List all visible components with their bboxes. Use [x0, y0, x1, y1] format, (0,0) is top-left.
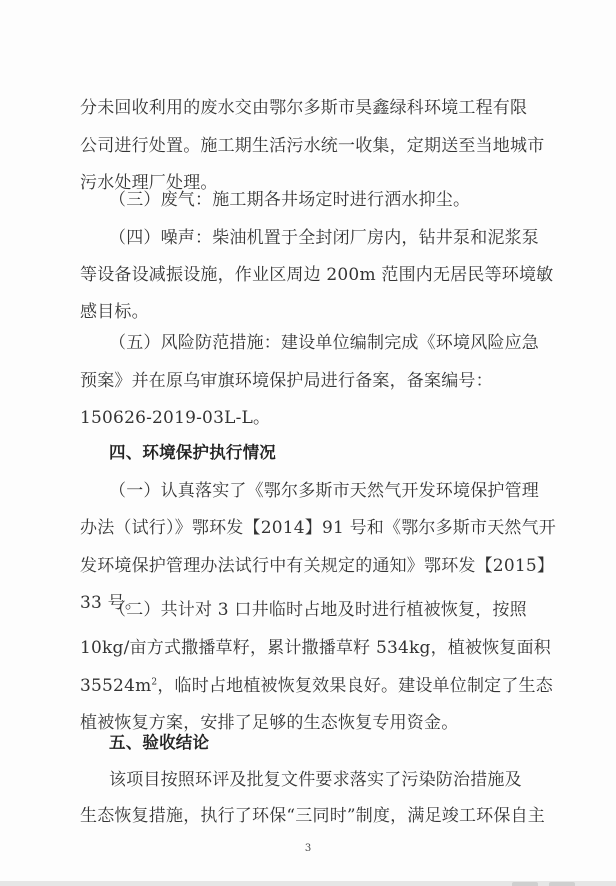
paragraph-line: 35524m2，临时占地植被恢复效果良好。建设单位制定了生态 — [80, 676, 553, 696]
paragraph-line: 预案》并在原乌审旗环境保护局进行备案，备案编号： — [80, 371, 493, 391]
paragraph-line: 150626-2019-03L-L。 — [80, 408, 270, 428]
paragraph-line: 等设备设减振设施，作业区周边 200m 范围内无居民等环境敏 — [80, 265, 553, 285]
section-heading: 四、环境保护执行情况 — [109, 443, 276, 463]
paragraph-line: （五）风险防范措施：建设单位编制完成《环境风险应急 — [109, 333, 539, 353]
paragraph-line: 公司进行处置。施工期生活污水统一收集，定期送至当地城市 — [80, 136, 544, 156]
paragraph-line: 分未回收利用的废水交由鄂尔多斯市昊鑫绿科环境工程有限 — [80, 98, 527, 118]
section-heading: 五、验收结论 — [109, 733, 209, 753]
paragraph-line: 该项目按照环评及批复文件要求落实了污染防治措施及 — [109, 770, 522, 790]
paragraph-line: （一）认真落实了《鄂尔多斯市天然气开发环境保护管理 — [109, 481, 539, 501]
toolbar-button[interactable] — [512, 882, 538, 886]
paragraph-line: 植被恢复方案，安排了足够的生态恢复专用资金。 — [80, 713, 458, 733]
page-number: 3 — [0, 843, 616, 854]
paragraph-line: 感目标。 — [80, 302, 149, 322]
paragraph-line: （四）噪声：柴油机置于全封闭厂房内，钻井泵和泥浆泵 — [109, 228, 539, 248]
paragraph-line: （二）共计对 3 口井临时占地及时进行植被恢复，按照 — [109, 600, 527, 620]
bottom-toolbar — [0, 881, 616, 886]
area-rest: ，临时占地植被恢复效果良好。建设单位制定了生态 — [157, 676, 553, 696]
area-value: 35524m — [80, 676, 151, 696]
paragraph-line: （三）废气：施工期各井场定时进行洒水抑尘。 — [109, 190, 470, 210]
paragraph-line: 发环境保护管理办法试行中有关规定的通知》鄂环发【2015】 — [80, 556, 554, 576]
paragraph-line: 生态恢复措施，执行了环保“三同时”制度，满足竣工环保自主 — [80, 806, 545, 826]
toolbar-button[interactable] — [549, 882, 575, 886]
paragraph-line: 10kg/亩方式撒播草籽，累计撒播草籽 534kg，植被恢复面积 — [80, 638, 551, 658]
document-page: 分未回收利用的废水交由鄂尔多斯市昊鑫绿科环境工程有限 公司进行处置。施工期生活污… — [0, 0, 616, 881]
paragraph-line: 办法（试行）》鄂环发【2014】91 号和《鄂尔多斯市天然气开 — [80, 518, 556, 538]
